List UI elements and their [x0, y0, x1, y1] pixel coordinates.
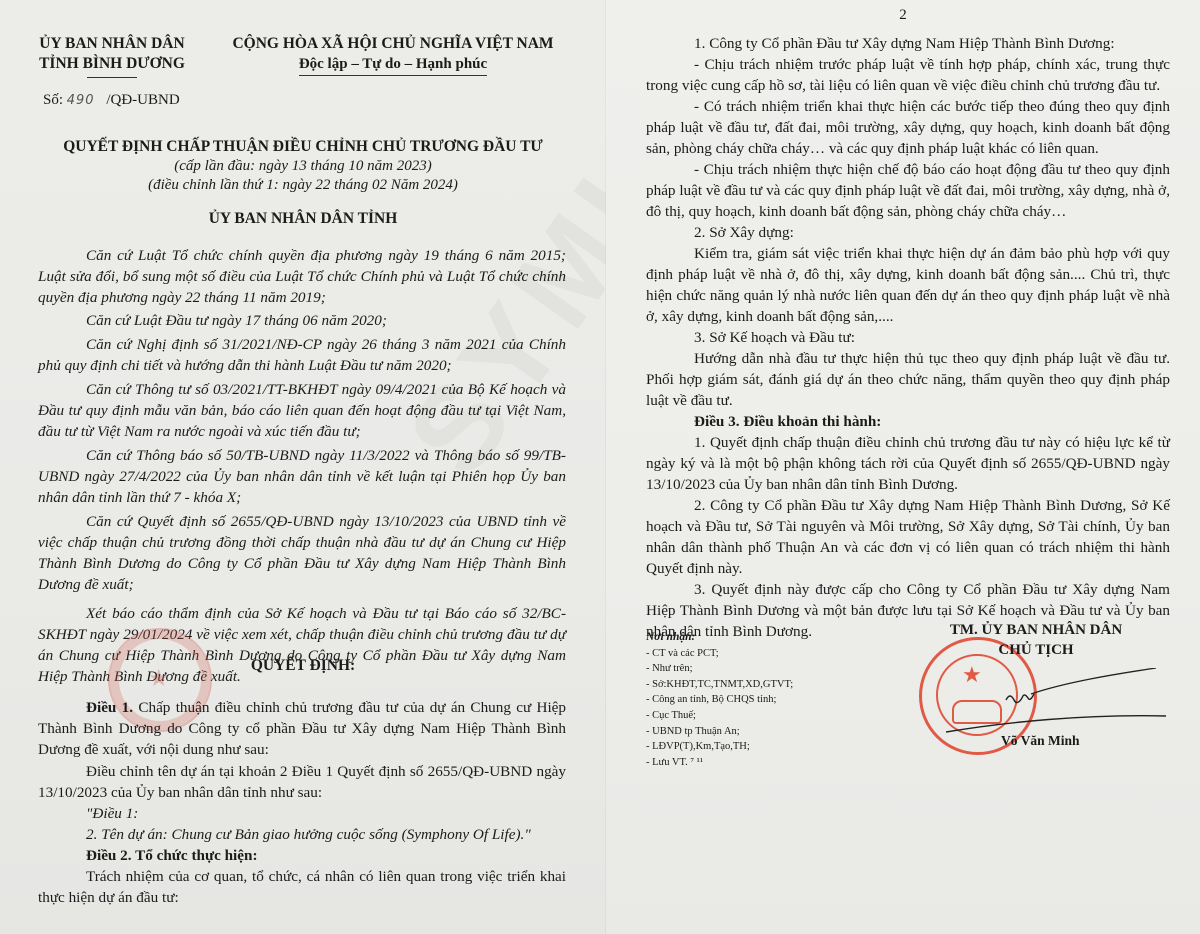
article-1-amendment: Điều chỉnh tên dự án tại khoản 2 Điều 1 … — [38, 761, 566, 803]
legal-basis: Căn cứ Quyết định số 2655/QĐ-UBND ngày 1… — [38, 511, 566, 595]
article-1-text: Điều 1. Chấp thuận điều chỉnh chủ trương… — [38, 697, 566, 760]
legal-basis: Căn cứ Thông tư số 03/2021/TT-BKHĐT ngày… — [38, 379, 566, 442]
page-1: ỦY BAN NHÂN DÂN TỈNH BÌNH DƯƠNG CỘNG HÒA… — [0, 0, 606, 934]
legal-basis: Căn cứ Luật Tổ chức chính quyền địa phươ… — [38, 245, 566, 308]
article-3-clause: 2. Công ty Cổ phần Đầu tư Xây dựng Nam H… — [646, 495, 1170, 579]
article-1-label: Điều 1. — [86, 699, 133, 716]
item-3-text: Hướng dẫn nhà đầu tư thực hiện thủ tục t… — [646, 348, 1170, 411]
signature-role: CHỦ TỊCH — [916, 640, 1156, 660]
divider — [87, 77, 137, 78]
authority-line-1: ỦY BAN NHÂN DÂN — [22, 34, 202, 54]
doc-number-handwritten: 490 — [67, 93, 95, 108]
issuing-authority: ỦY BAN NHÂN DÂN TỈNH BÌNH DƯƠNG — [22, 34, 202, 78]
signer-name: Võ Văn Minh — [1001, 733, 1080, 749]
article-2-text: Trách nhiệm của cơ quan, tổ chức, cá nhâ… — [38, 866, 566, 908]
article-1-quote: "Điều 1: — [38, 803, 566, 824]
article-1-project-name: 2. Tên dự án: Chung cư Bản giao hưởng cu… — [38, 824, 566, 845]
article-2-heading: Điều 2. Tổ chức thực hiện: — [38, 845, 566, 866]
recipient: - LĐVP(T),Km,Tạo,TH; — [646, 739, 793, 755]
recipient: - CT và các PCT; — [646, 646, 793, 662]
recipient: - Sở:KHĐT,TC,TNMT,XD,GTVT; — [646, 677, 793, 693]
legal-basis: Căn cứ Thông báo số 50/TB-UBND ngày 11/3… — [38, 445, 566, 508]
signature-block: TM. ỦY BAN NHÂN DÂN CHỦ TỊCH — [916, 620, 1156, 660]
authority-heading: ỦY BAN NHÂN DÂN TỈNH — [0, 210, 606, 228]
article-3-clause: 1. Quyết định chấp thuận điều chỉnh chủ … — [646, 432, 1170, 495]
recipients-list: Nơi nhận: - CT và các PCT; - Như trên; -… — [646, 630, 793, 770]
item-1-bullet: - Chịu trách nhiệm thực hiện chế độ báo … — [646, 159, 1170, 222]
doc-number-suffix: /QĐ-UBND — [106, 92, 179, 108]
legal-bases: Căn cứ Luật Tổ chức chính quyền địa phươ… — [38, 245, 566, 687]
legal-basis: Căn cứ Luật Đầu tư ngày 17 tháng 06 năm … — [38, 310, 566, 331]
national-motto: Độc lập – Tự do – Hạnh phúc — [299, 54, 487, 76]
item-1-bullet: - Có trách nhiệm triển khai thực hiện cá… — [646, 96, 1170, 159]
item-2-text: Kiểm tra, giám sát việc triển khai thực … — [646, 243, 1170, 327]
recipient: - Cục Thuế; — [646, 708, 793, 724]
page-number: 2 — [606, 7, 1200, 24]
item-1-heading: 1. Công ty Cổ phần Đầu tư Xây dựng Nam H… — [646, 33, 1170, 54]
decision-heading: QUYẾT ĐỊNH: — [0, 657, 606, 675]
document-title: QUYẾT ĐỊNH CHẤP THUẬN ĐIỀU CHỈNH CHỦ TRƯ… — [0, 138, 606, 156]
recipient: - UBND tp Thuận An; — [646, 724, 793, 740]
doc-number-prefix: Số: — [43, 92, 63, 108]
recipient: - Công an tỉnh, Bộ CHQS tỉnh; — [646, 692, 793, 708]
legal-basis: Căn cứ Nghị định số 31/2021/NĐ-CP ngày 2… — [38, 334, 566, 376]
article-1: Điều 1. Chấp thuận điều chỉnh chủ trương… — [38, 697, 566, 908]
national-title: CỘNG HÒA XÃ HỘI CHỦ NGHĨA VIỆT NAM — [212, 34, 574, 54]
recipient: - Lưu VT. ⁷ ¹¹ — [646, 755, 793, 771]
signature-title: TM. ỦY BAN NHÂN DÂN — [916, 620, 1156, 640]
page-2: 2 1. Công ty Cổ phần Đầu tư Xây dựng Nam… — [606, 0, 1200, 934]
item-3-heading: 3. Sở Kế hoạch và Đầu tư: — [646, 327, 1170, 348]
subtitle-first-issue: (cấp lần đầu: ngày 13 tháng 10 năm 2023) — [0, 158, 606, 175]
responsibilities: 1. Công ty Cổ phần Đầu tư Xây dựng Nam H… — [646, 33, 1170, 642]
national-header: CỘNG HÒA XÃ HỘI CHỦ NGHĨA VIỆT NAM Độc l… — [212, 34, 574, 76]
authority-line-2: TỈNH BÌNH DƯƠNG — [22, 54, 202, 74]
article-3-heading: Điều 3. Điều khoản thi hành: — [646, 411, 1170, 432]
subtitle-amendment: (điều chỉnh lần thứ 1: ngày 22 tháng 02 … — [0, 177, 606, 194]
item-2-heading: 2. Sở Xây dựng: — [646, 222, 1170, 243]
recipients-heading: Nơi nhận: — [646, 630, 793, 646]
recipient: - Như trên; — [646, 661, 793, 677]
document-number: Số: 490 /QĐ-UBND — [43, 92, 180, 109]
item-1-bullet: - Chịu trách nhiệm trước pháp luật về tí… — [646, 54, 1170, 96]
